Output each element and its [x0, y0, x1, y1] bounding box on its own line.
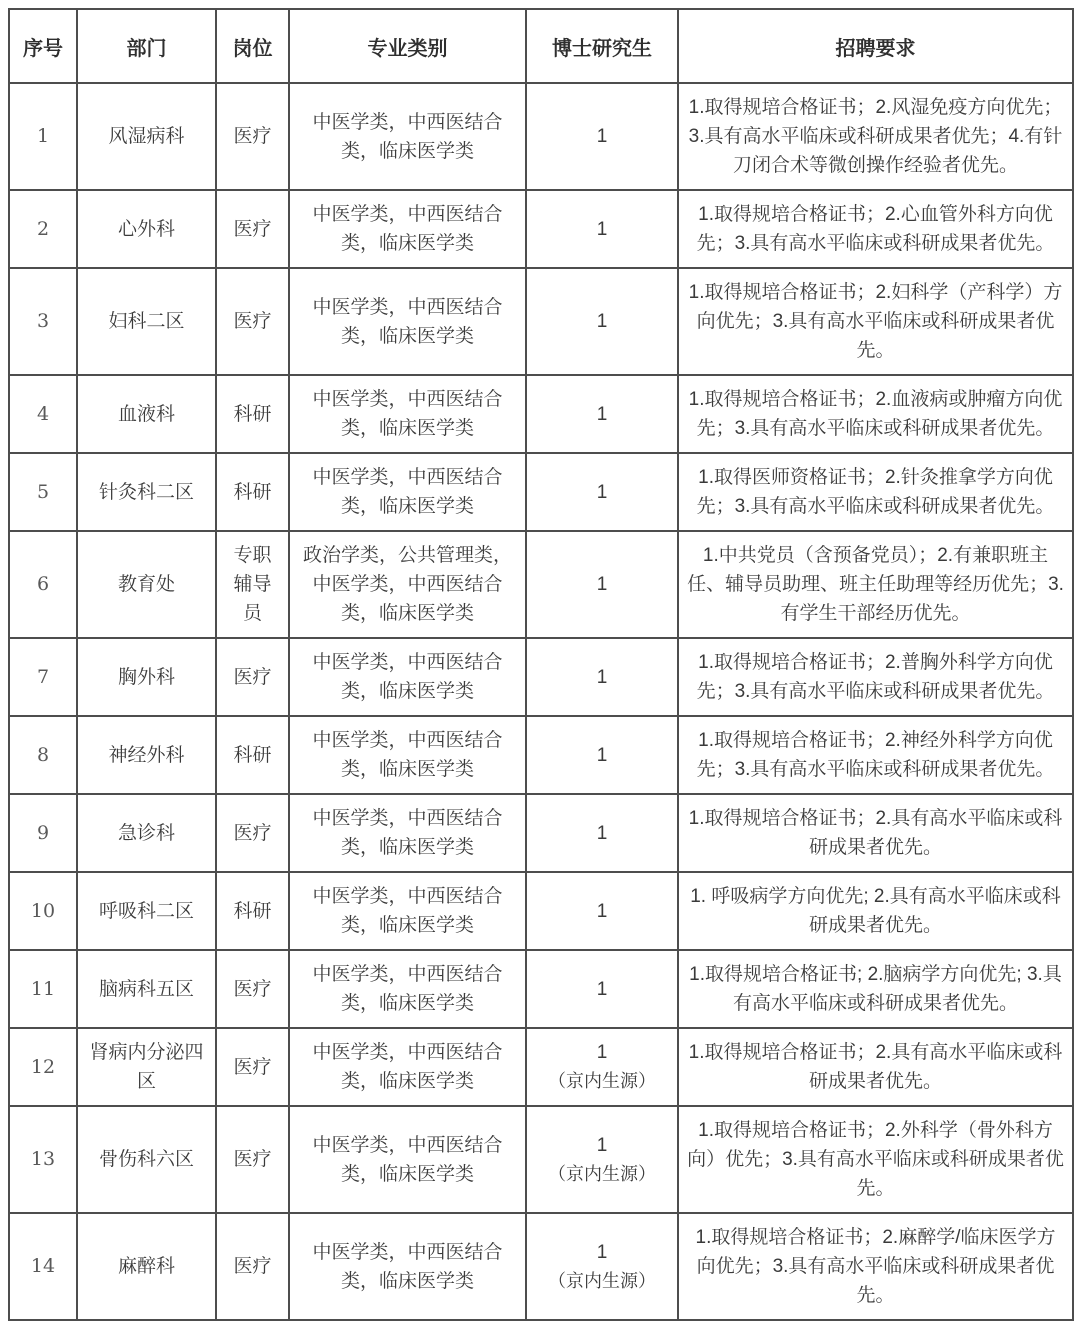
phd-source-note: （京内生源）	[535, 1067, 669, 1096]
phd-count-cell: 1（京内生源）	[526, 1028, 678, 1106]
row-number-cell: 4	[9, 375, 77, 453]
specialty-cell: 中医学类，中西医结合类，临床医学类	[289, 716, 526, 794]
department-cell: 针灸科二区	[77, 453, 216, 531]
phd-count-cell: 1	[526, 190, 678, 268]
row-number-cell: 1	[9, 83, 77, 190]
phd-count-cell: 1	[526, 872, 678, 950]
requirements-cell: 1.取得规培合格证书；2.血液病或肿瘤方向优先；3.具有高水平临床或科研成果者优…	[678, 375, 1073, 453]
phd-count-cell: 1	[526, 375, 678, 453]
phd-count: 1	[535, 122, 669, 151]
department-cell: 妇科二区	[77, 268, 216, 375]
phd-count: 1	[535, 400, 669, 429]
phd-count: 1	[535, 570, 669, 599]
table-row: 1风湿病科医疗中医学类，中西医结合类，临床医学类11.取得规培合格证书；2.风湿…	[9, 83, 1073, 190]
position-cell: 医疗	[216, 83, 289, 190]
position-cell: 医疗	[216, 638, 289, 716]
phd-count-cell: 1（京内生源）	[526, 1213, 678, 1320]
recruitment-table: 序号部门岗位专业类别博士研究生招聘要求 1风湿病科医疗中医学类，中西医结合类，临…	[8, 8, 1074, 1321]
table-row: 14麻醉科医疗中医学类，中西医结合类，临床医学类1（京内生源）1.取得规培合格证…	[9, 1213, 1073, 1320]
department-cell: 神经外科	[77, 716, 216, 794]
phd-count: 1	[535, 741, 669, 770]
row-number-cell: 5	[9, 453, 77, 531]
requirements-cell: 1.取得规培合格证书；2.普胸外科学方向优先；3.具有高水平临床或科研成果者优先…	[678, 638, 1073, 716]
department-cell: 胸外科	[77, 638, 216, 716]
specialty-cell: 中医学类，中西医结合类，临床医学类	[289, 1213, 526, 1320]
table-row: 13骨伤科六区医疗中医学类，中西医结合类，临床医学类1（京内生源）1.取得规培合…	[9, 1106, 1073, 1213]
requirements-cell: 1.取得规培合格证书；2.神经外科学方向优先；3.具有高水平临床或科研成果者优先…	[678, 716, 1073, 794]
department-cell: 急诊科	[77, 794, 216, 872]
row-number-cell: 3	[9, 268, 77, 375]
table-row: 4血液科科研中医学类，中西医结合类，临床医学类11.取得规培合格证书；2.血液病…	[9, 375, 1073, 453]
col-header-post: 岗位	[216, 9, 289, 83]
position-cell: 医疗	[216, 1106, 289, 1213]
specialty-cell: 中医学类，中西医结合类，临床医学类	[289, 453, 526, 531]
recruitment-page: 序号部门岗位专业类别博士研究生招聘要求 1风湿病科医疗中医学类，中西医结合类，临…	[0, 0, 1080, 1329]
department-cell: 呼吸科二区	[77, 872, 216, 950]
table-row: 2心外科医疗中医学类，中西医结合类，临床医学类11.取得规培合格证书；2.心血管…	[9, 190, 1073, 268]
requirements-cell: 1.取得规培合格证书；2.心血管外科方向优先；3.具有高水平临床或科研成果者优先…	[678, 190, 1073, 268]
department-cell: 风湿病科	[77, 83, 216, 190]
col-header-major: 专业类别	[289, 9, 526, 83]
phd-count: 1	[535, 1038, 669, 1067]
phd-source-note: （京内生源）	[535, 1160, 669, 1189]
table-header: 序号部门岗位专业类别博士研究生招聘要求	[9, 9, 1073, 83]
table-row: 7胸外科医疗中医学类，中西医结合类，临床医学类11.取得规培合格证书；2.普胸外…	[9, 638, 1073, 716]
specialty-cell: 政治学类，公共管理类，中医学类，中西医结合类，临床医学类	[289, 531, 526, 638]
phd-count: 1	[535, 215, 669, 244]
phd-count: 1	[535, 819, 669, 848]
row-number-cell: 7	[9, 638, 77, 716]
phd-count-cell: 1（京内生源）	[526, 1106, 678, 1213]
requirements-cell: 1.取得规培合格证书；2.妇科学（产科学）方向优先；3.具有高水平临床或科研成果…	[678, 268, 1073, 375]
phd-count-cell: 1	[526, 531, 678, 638]
table-row: 3妇科二区医疗中医学类，中西医结合类，临床医学类11.取得规培合格证书；2.妇科…	[9, 268, 1073, 375]
department-cell: 心外科	[77, 190, 216, 268]
department-cell: 脑病科五区	[77, 950, 216, 1028]
phd-count: 1	[535, 478, 669, 507]
table-row: 10呼吸科二区科研中医学类，中西医结合类，临床医学类11. 呼吸病学方向优先; …	[9, 872, 1073, 950]
table-row: 12肾病内分泌四区医疗中医学类，中西医结合类，临床医学类1（京内生源）1.取得规…	[9, 1028, 1073, 1106]
position-cell: 医疗	[216, 190, 289, 268]
position-cell: 科研	[216, 375, 289, 453]
row-number-cell: 11	[9, 950, 77, 1028]
table-body: 1风湿病科医疗中医学类，中西医结合类，临床医学类11.取得规培合格证书；2.风湿…	[9, 83, 1073, 1320]
position-cell: 医疗	[216, 794, 289, 872]
phd-count: 1	[535, 975, 669, 1004]
requirements-cell: 1. 呼吸病学方向优先; 2.具有高水平临床或科研成果者优先。	[678, 872, 1073, 950]
specialty-cell: 中医学类，中西医结合类，临床医学类	[289, 190, 526, 268]
requirements-cell: 1.取得规培合格证书；2.外科学（骨外科方向）优先；3.具有高水平临床或科研成果…	[678, 1106, 1073, 1213]
position-cell: 科研	[216, 716, 289, 794]
requirements-cell: 1.中共党员（含预备党员）；2.有兼职班主任、辅导员助理、班主任助理等经历优先；…	[678, 531, 1073, 638]
phd-count-cell: 1	[526, 638, 678, 716]
phd-count: 1	[535, 1238, 669, 1267]
table-row: 11脑病科五区医疗中医学类，中西医结合类，临床医学类11.取得规培合格证书; 2…	[9, 950, 1073, 1028]
table-row: 9急诊科医疗中医学类，中西医结合类，临床医学类11.取得规培合格证书；2.具有高…	[9, 794, 1073, 872]
position-cell: 医疗	[216, 1213, 289, 1320]
position-cell: 医疗	[216, 268, 289, 375]
header-row: 序号部门岗位专业类别博士研究生招聘要求	[9, 9, 1073, 83]
requirements-cell: 1.取得规培合格证书；2.风湿免疫方向优先；3.具有高水平临床或科研成果者优先；…	[678, 83, 1073, 190]
phd-count-cell: 1	[526, 716, 678, 794]
position-cell: 科研	[216, 872, 289, 950]
phd-count-cell: 1	[526, 794, 678, 872]
specialty-cell: 中医学类，中西医结合类，临床医学类	[289, 1106, 526, 1213]
specialty-cell: 中医学类，中西医结合类，临床医学类	[289, 375, 526, 453]
row-number-cell: 10	[9, 872, 77, 950]
specialty-cell: 中医学类，中西医结合类，临床医学类	[289, 794, 526, 872]
phd-count: 1	[535, 897, 669, 926]
row-number-cell: 9	[9, 794, 77, 872]
position-cell: 医疗	[216, 950, 289, 1028]
requirements-cell: 1.取得规培合格证书；2.具有高水平临床或科研成果者优先。	[678, 1028, 1073, 1106]
table-row: 5针灸科二区科研中医学类，中西医结合类，临床医学类11.取得医师资格证书；2.针…	[9, 453, 1073, 531]
table-row: 8神经外科科研中医学类，中西医结合类，临床医学类11.取得规培合格证书；2.神经…	[9, 716, 1073, 794]
phd-count-cell: 1	[526, 268, 678, 375]
col-header-phd: 博士研究生	[526, 9, 678, 83]
specialty-cell: 中医学类，中西医结合类，临床医学类	[289, 638, 526, 716]
requirements-cell: 1.取得规培合格证书；2.麻醉学/临床医学方向优先；3.具有高水平临床或科研成果…	[678, 1213, 1073, 1320]
position-cell: 专职辅导员	[216, 531, 289, 638]
specialty-cell: 中医学类，中西医结合类，临床医学类	[289, 1028, 526, 1106]
specialty-cell: 中医学类，中西医结合类，临床医学类	[289, 872, 526, 950]
specialty-cell: 中医学类，中西医结合类，临床医学类	[289, 950, 526, 1028]
department-cell: 教育处	[77, 531, 216, 638]
phd-count-cell: 1	[526, 453, 678, 531]
requirements-cell: 1.取得规培合格证书; 2.脑病学方向优先; 3.具有高水平临床或科研成果者优先…	[678, 950, 1073, 1028]
specialty-cell: 中医学类，中西医结合类，临床医学类	[289, 268, 526, 375]
phd-count: 1	[535, 1131, 669, 1160]
col-header-no: 序号	[9, 9, 77, 83]
position-cell: 医疗	[216, 1028, 289, 1106]
table-row: 6教育处专职辅导员政治学类，公共管理类，中医学类，中西医结合类，临床医学类11.…	[9, 531, 1073, 638]
department-cell: 骨伤科六区	[77, 1106, 216, 1213]
row-number-cell: 14	[9, 1213, 77, 1320]
row-number-cell: 8	[9, 716, 77, 794]
phd-count-cell: 1	[526, 83, 678, 190]
phd-source-note: （京内生源）	[535, 1267, 669, 1296]
phd-count: 1	[535, 307, 669, 336]
phd-count: 1	[535, 663, 669, 692]
row-number-cell: 12	[9, 1028, 77, 1106]
phd-count-cell: 1	[526, 950, 678, 1028]
specialty-cell: 中医学类，中西医结合类，临床医学类	[289, 83, 526, 190]
position-cell: 科研	[216, 453, 289, 531]
department-cell: 肾病内分泌四区	[77, 1028, 216, 1106]
department-cell: 血液科	[77, 375, 216, 453]
requirements-cell: 1.取得医师资格证书；2.针灸推拿学方向优先；3.具有高水平临床或科研成果者优先…	[678, 453, 1073, 531]
row-number-cell: 6	[9, 531, 77, 638]
row-number-cell: 2	[9, 190, 77, 268]
requirements-cell: 1.取得规培合格证书；2.具有高水平临床或科研成果者优先。	[678, 794, 1073, 872]
col-header-dept: 部门	[77, 9, 216, 83]
department-cell: 麻醉科	[77, 1213, 216, 1320]
col-header-requirements: 招聘要求	[678, 9, 1073, 83]
row-number-cell: 13	[9, 1106, 77, 1213]
